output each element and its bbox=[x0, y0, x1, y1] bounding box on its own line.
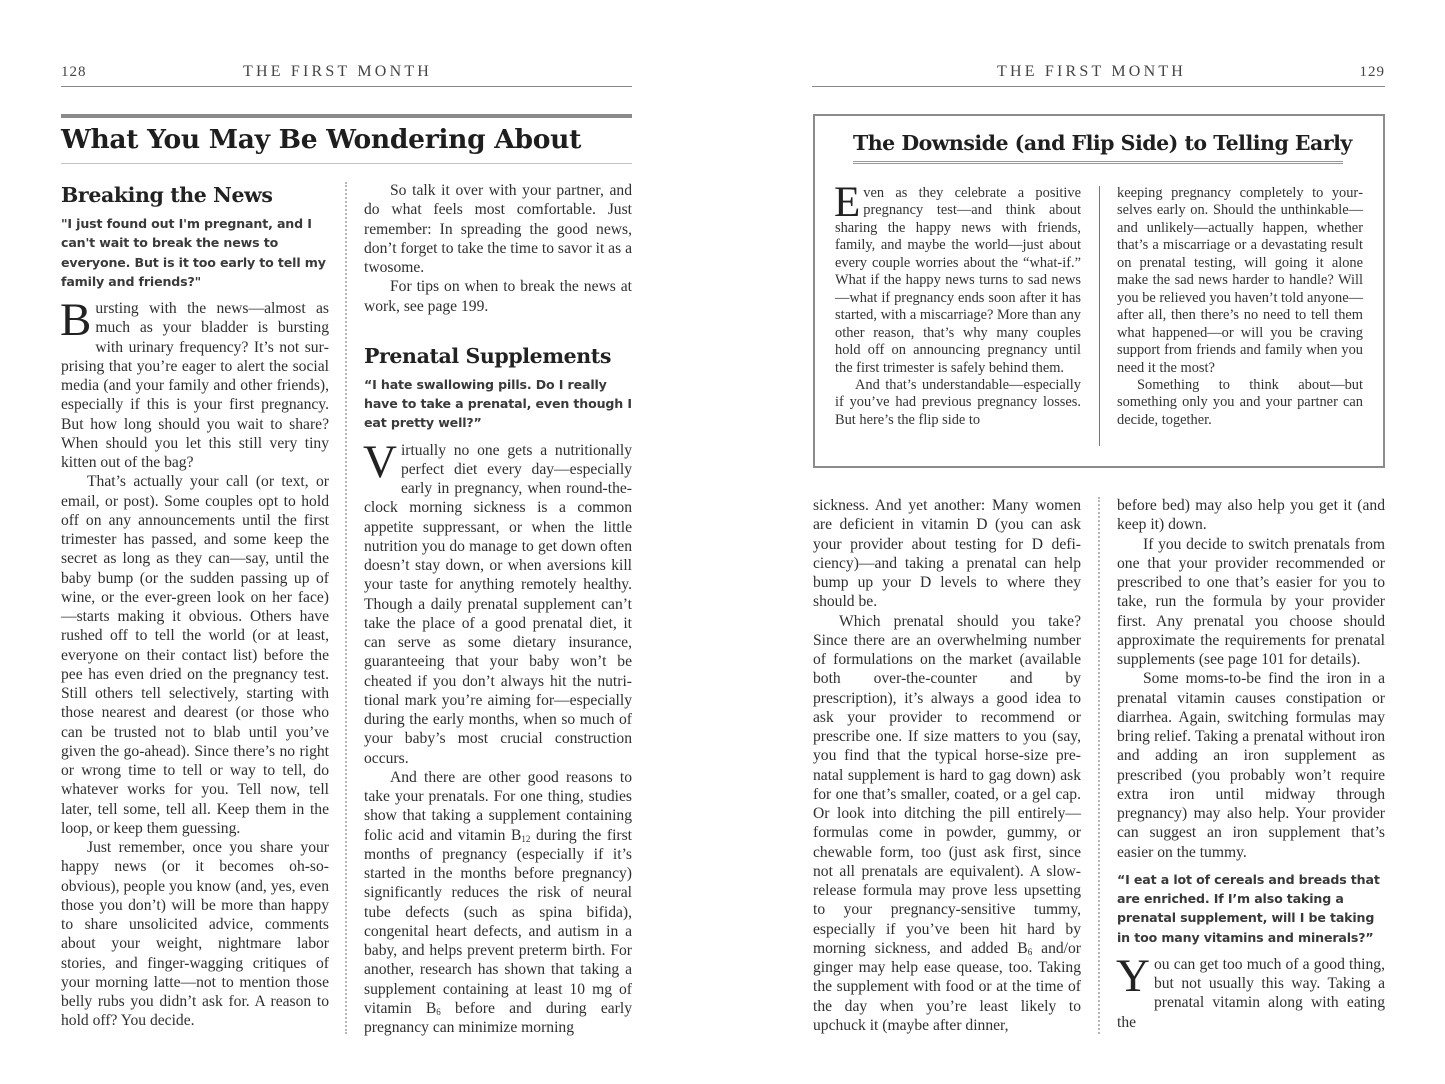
body-paragraph: So talk it over with your partner, and d… bbox=[364, 181, 632, 277]
sidebar-paragraph: Something to think about—but something o… bbox=[1117, 377, 1363, 429]
subheading-prenatal-supplements: Prenatal Supplements bbox=[364, 343, 632, 369]
drop-cap: E bbox=[834, 187, 860, 219]
drop-cap: V bbox=[363, 444, 397, 480]
sidebar-title-rule bbox=[853, 161, 1343, 164]
body-paragraph: That’s actually your call (or text, or e… bbox=[61, 472, 329, 838]
sidebar-title: The Downside (and Flip Side) to Telling … bbox=[853, 131, 1352, 155]
column-divider bbox=[345, 182, 347, 1034]
running-head-right: THE FIRST MONTH 129 bbox=[812, 62, 1385, 86]
body-paragraph: You can get too much of a good thing, bu… bbox=[1117, 955, 1385, 1032]
section-title: What You May Be Wondering About bbox=[61, 124, 581, 155]
page-number: 128 bbox=[61, 64, 87, 81]
subheading-breaking-news: Breaking the News bbox=[61, 182, 329, 208]
drop-cap: B bbox=[60, 302, 91, 338]
header-rule bbox=[61, 86, 632, 87]
sidebar-column-divider bbox=[1099, 186, 1100, 446]
running-head-left: 128 THE FIRST MONTH bbox=[61, 62, 632, 86]
page-number: 129 bbox=[1360, 64, 1386, 81]
body-paragraph: Bursting with the news—almost as much as… bbox=[61, 299, 329, 472]
body-paragraph: Just remember, once you share your happy… bbox=[61, 838, 329, 1031]
right-column-1: sickness. And yet another: Many women ar… bbox=[813, 496, 1081, 1035]
drop-cap: Y bbox=[1116, 958, 1150, 994]
body-paragraph-page-reference: For tips on when to break the news at wo… bbox=[364, 277, 632, 316]
body-paragraph: sickness. And yet another: Many women ar… bbox=[813, 496, 1081, 612]
body-paragraph: before bed) may also help you get it (an… bbox=[1117, 496, 1385, 535]
reader-question: "I just found out I'm pregnant, and I ca… bbox=[61, 214, 329, 291]
reader-question: “I hate swallowing pills. Do I really ha… bbox=[364, 375, 632, 433]
body-paragraph: Virtually no one gets a nutritionally pe… bbox=[364, 441, 632, 768]
section-top-rule bbox=[61, 114, 632, 118]
body-paragraph: And there are other good reasons to take… bbox=[364, 768, 632, 1038]
header-rule bbox=[812, 86, 1385, 87]
left-column-2: So talk it over with your partner, and d… bbox=[364, 181, 632, 1037]
sidebar-paragraph: And that’s understandable—espe­cially if… bbox=[835, 377, 1081, 429]
body-paragraph-page-reference: If you decide to switch prenatals from o… bbox=[1117, 535, 1385, 670]
running-title: THE FIRST MONTH bbox=[243, 63, 432, 81]
column-divider bbox=[1098, 497, 1100, 1034]
running-title: THE FIRST MONTH bbox=[997, 63, 1186, 81]
right-column-2: before bed) may also help you get it (an… bbox=[1117, 496, 1385, 1032]
sidebar-paragraph: keeping pregnancy completely to your­sel… bbox=[1117, 185, 1363, 377]
section-bottom-rule bbox=[61, 163, 632, 164]
body-paragraph: Which prenatal should you take? Since th… bbox=[813, 612, 1081, 1036]
sidebar-paragraph: Even as they celebrate a positive pregna… bbox=[835, 185, 1081, 377]
reader-question: “I eat a lot of cereals and breads that … bbox=[1117, 870, 1385, 947]
sidebar-column-1: Even as they celebrate a positive pregna… bbox=[835, 185, 1081, 429]
left-column-1: Breaking the News "I just found out I'm … bbox=[61, 182, 329, 1031]
sidebar-column-2: keeping pregnancy completely to your­sel… bbox=[1117, 185, 1363, 429]
body-paragraph: Some moms-to-be find the iron in a prena… bbox=[1117, 669, 1385, 862]
